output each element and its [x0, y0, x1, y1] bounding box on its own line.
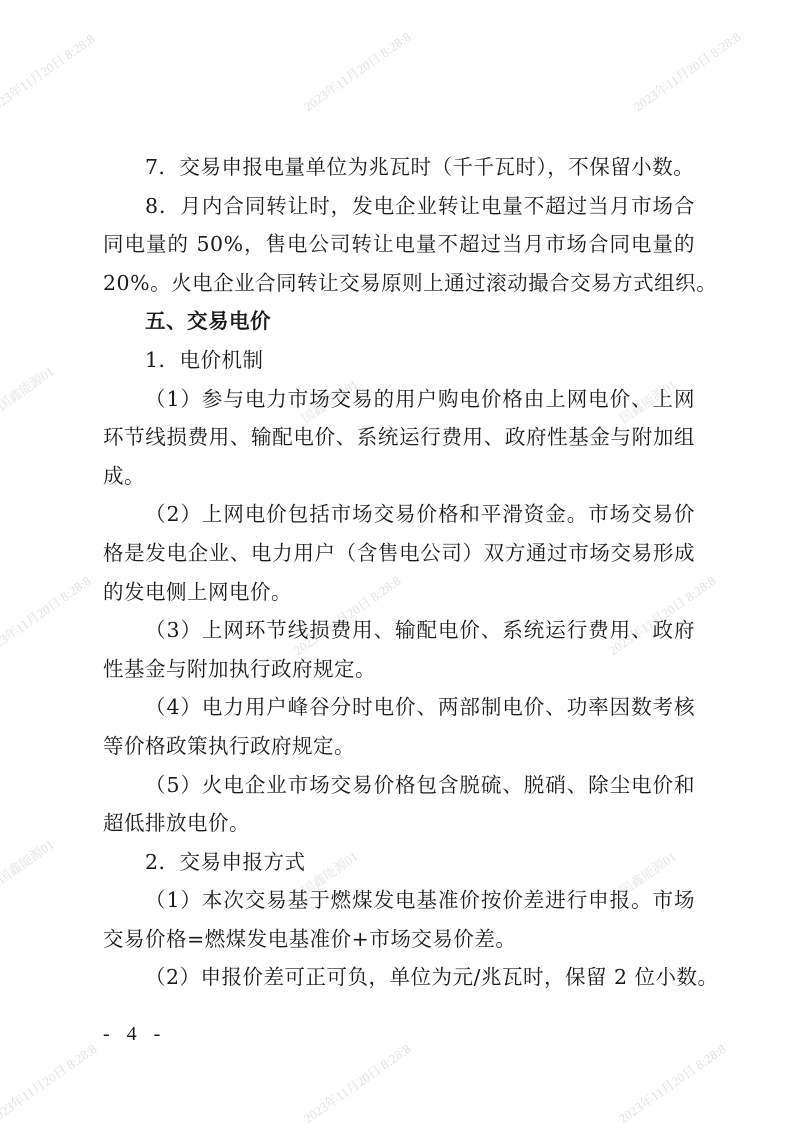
- paragraph-line: 7．交易申报电量单位为兆瓦时（千千瓦时），不保留小数。: [103, 148, 695, 187]
- paragraph-line: 等价格政策执行政府规定。: [103, 727, 695, 766]
- paragraph-line: 环节线损费用、输配电价、系统运行费用、政府性基金与附加组: [103, 418, 695, 457]
- paragraph-line: （2）申报价差可正可负，单位为元/兆瓦时，保留 2 位小数。: [103, 958, 695, 997]
- paragraph-line: 同电量的 50%，售电公司转让电量不超过当月市场合同电量的: [103, 225, 695, 264]
- paragraph-line: （2）上网电价包括市场交易价格和平滑资金。市场交易价: [103, 495, 695, 534]
- paragraph-line: 交易价格=燃煤发电基准价+市场交易价差。: [103, 920, 695, 959]
- paragraph-line: 超低排放电价。: [103, 804, 695, 843]
- watermark-timestamp: 2023年11月20日 8:28:8: [0, 571, 94, 659]
- watermark-org: 国鑫能源01: [0, 361, 57, 414]
- paragraph-line: 8．月内合同转让时，发电企业转让电量不超过当月市场合: [103, 187, 695, 226]
- paragraph-line: 成。: [103, 457, 695, 496]
- paragraph-line: 20%。火电企业合同转让交易原则上通过滚动撮合交易方式组织。: [103, 264, 695, 303]
- watermark-timestamp: 2023年11月20日 8:28:8: [614, 1039, 729, 1123]
- paragraph-line: （1）本次交易基于燃煤发电基准价按价差进行申报。市场: [103, 881, 695, 920]
- section-heading: 五、交易电价: [103, 302, 695, 341]
- watermark-timestamp: 2023年11月20日 8:28:8: [629, 27, 744, 115]
- paragraph-line: 格是发电企业、电力用户（含售电公司）双方通过市场交易形成: [103, 534, 695, 573]
- page-number: - 4 -: [103, 1023, 166, 1046]
- document-body: 7．交易申报电量单位为兆瓦时（千千瓦时），不保留小数。 8．月内合同转让时，发电…: [103, 148, 695, 997]
- subsection-heading: 2．交易申报方式: [103, 843, 695, 882]
- watermark-timestamp: 2023年11月20日 8:28:8: [299, 27, 414, 115]
- watermark-timestamp: 2023年11月20日 8:28:8: [299, 1039, 414, 1123]
- paragraph-line: （5）火电企业市场交易价格包含脱硫、脱硝、除尘电价和: [103, 766, 695, 805]
- watermark-timestamp: 2023年11月20日 8:28:8: [0, 1039, 100, 1123]
- watermark-org: 国鑫能源01: [0, 834, 57, 887]
- document-page: 2023年11月20日 8:28:8 2023年11月20日 8:28:8 20…: [0, 0, 794, 1123]
- paragraph-line: （4）电力用户峰谷分时电价、两部制电价、功率因数考核: [103, 688, 695, 727]
- paragraph-line: 的发电侧上网电价。: [103, 573, 695, 612]
- watermark-timestamp: 2023年11月20日 8:28:8: [0, 29, 98, 117]
- subsection-heading: 1．电价机制: [103, 341, 695, 380]
- paragraph-line: （3）上网环节线损费用、输配电价、系统运行费用、政府: [103, 611, 695, 650]
- paragraph-line: 性基金与附加执行政府规定。: [103, 650, 695, 689]
- paragraph-line: （1）参与电力市场交易的用户购电价格由上网电价、上网: [103, 380, 695, 419]
